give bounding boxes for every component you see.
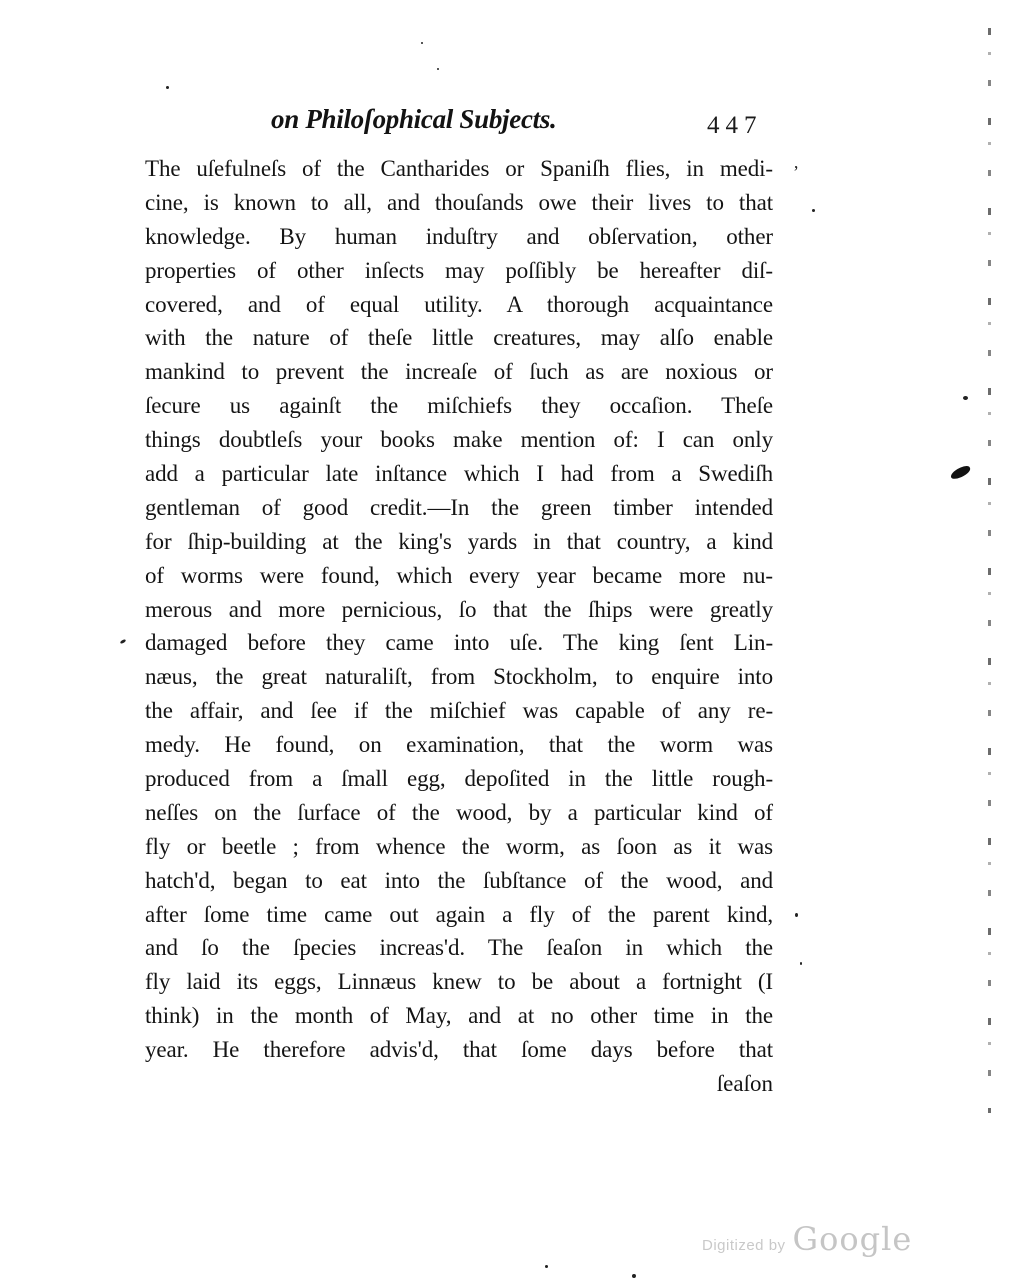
text-line: the affair, and ſee if the miſchief was …: [145, 694, 773, 728]
stray-mark-artifact: ’: [793, 163, 799, 181]
text-line: covered, and of equal utility. A thoroug…: [145, 288, 773, 322]
text-line: and ſo the ſpecies increas'd. The ſeaſon…: [145, 931, 773, 965]
text-line: fly laid its eggs, Linnæus knew to be ab…: [145, 965, 773, 999]
scanned-book-page: on Philoſophical Subjects. 447 The uſefu…: [0, 0, 1014, 1282]
text-line: næus, the great naturaliſt, from Stockho…: [145, 660, 773, 694]
speck-artifact: [437, 68, 439, 70]
text-line: hatch'd, began to eat into the ſubſtance…: [145, 864, 773, 898]
page-edge-artifact: [988, 28, 991, 1113]
watermark-prefix: Digitized by: [702, 1237, 786, 1254]
text-line: think) in the month of May, and at no ot…: [145, 999, 773, 1033]
text-line: mankind to prevent the increaſe of ſuch …: [145, 355, 773, 389]
digitization-watermark: Digitized by Google: [702, 1220, 912, 1258]
text-line: fly or beetle ; from whence the worm, as…: [145, 830, 773, 864]
text-line: knowledge. By human induſtry and obſerva…: [145, 220, 773, 254]
text-line: add a particular late inſtance which I h…: [145, 457, 773, 491]
text-line: year. He therefore advis'd, that ſome da…: [145, 1033, 773, 1067]
running-title: on Philoſophical Subjects.: [271, 103, 556, 135]
page-number: 447: [707, 112, 763, 140]
text-line: things doubtleſs your books make mention…: [145, 423, 773, 457]
text-line: merous and more pernicious, ſo that the …: [145, 593, 773, 627]
text-line: The uſefulneſs of the Cantharides or Spa…: [145, 152, 773, 186]
text-line: with the nature of theſe little creature…: [145, 321, 773, 355]
speck-artifact: [545, 1265, 548, 1268]
speck-artifact: [166, 86, 169, 89]
text-line: of worms were found, which every year be…: [145, 559, 773, 593]
ink-blot-artifact: [949, 464, 972, 481]
text-line: medy. He found, on examination, that the…: [145, 728, 773, 762]
google-logo: Google: [793, 1220, 913, 1258]
text-line: cine, is known to all, and thouſands owe…: [145, 186, 773, 220]
speck-artifact: [632, 1274, 636, 1278]
text-line: ſecure us againſt the miſchiefs they occ…: [145, 389, 773, 423]
speck-artifact: [812, 209, 815, 212]
text-line: produced from a ſmall egg, depoſited in …: [145, 762, 773, 796]
text-line: gentleman of good credit.—In the green t…: [145, 491, 773, 525]
catchword: ſeaſon: [145, 1067, 773, 1101]
speck-artifact: [795, 913, 798, 917]
body-text-block: The uſefulneſs of the Cantharides or Spa…: [145, 152, 773, 1101]
text-line: for ſhip-building at the king's yards in…: [145, 525, 773, 559]
text-line: damaged before they came into uſe. The k…: [145, 626, 773, 660]
text-line: properties of other inſects may poſſibly…: [145, 254, 773, 288]
text-line: neſſes on the ſurface of the wood, by a …: [145, 796, 773, 830]
speck-artifact: [421, 42, 423, 44]
speck-artifact: [963, 396, 968, 400]
speck-artifact: [800, 962, 802, 965]
text-line: after ſome time came out again a fly of …: [145, 898, 773, 932]
speck-artifact: [120, 639, 127, 645]
